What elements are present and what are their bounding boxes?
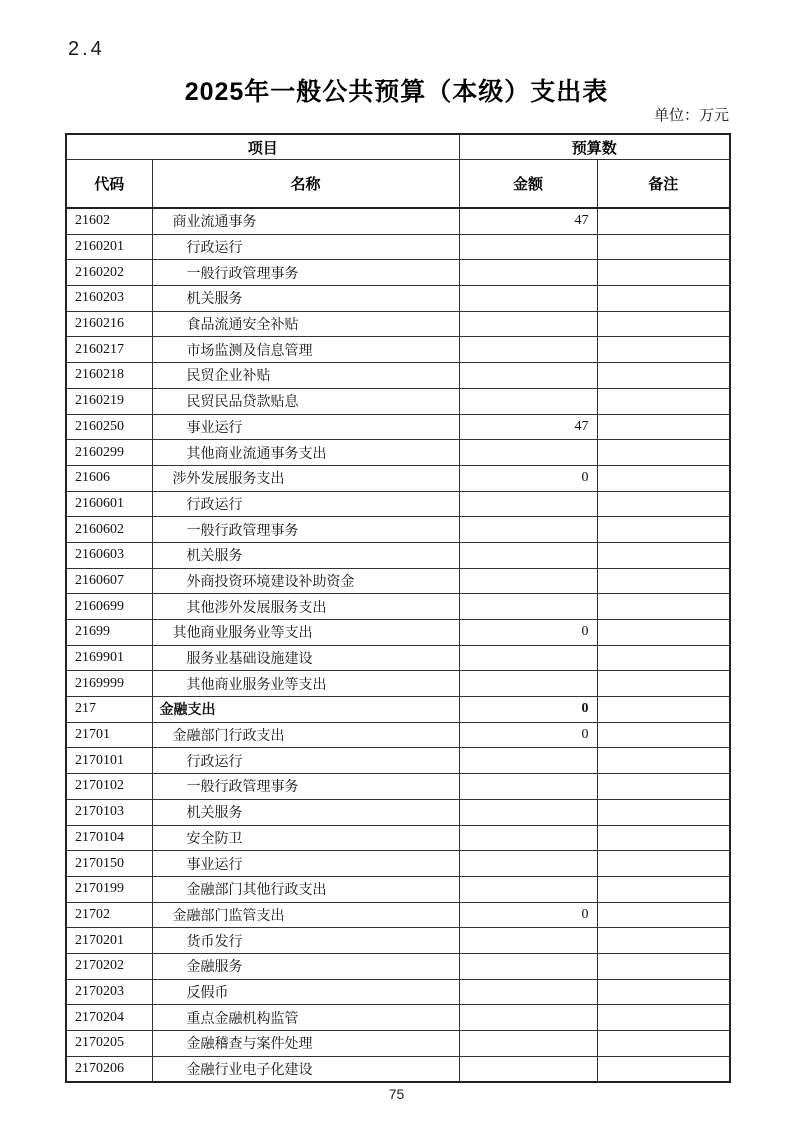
cell-amount (459, 234, 597, 260)
cell-code: 2170199 (66, 876, 152, 902)
cell-remark (597, 234, 730, 260)
cell-code: 2170203 (66, 979, 152, 1005)
table-row: 2170204重点金融机构监管 (66, 1005, 730, 1031)
cell-amount (459, 440, 597, 466)
cell-name: 外商投资环境建设补助资金 (152, 568, 459, 594)
cell-amount (459, 594, 597, 620)
cell-name: 行政运行 (152, 748, 459, 774)
cell-name: 其他商业服务业等支出 (152, 620, 459, 646)
table-row: 2170205金融稽查与案件处理 (66, 1031, 730, 1057)
cell-code: 2160602 (66, 517, 152, 543)
table-row: 21702金融部门监管支出0 (66, 902, 730, 928)
cell-name: 金融服务 (152, 953, 459, 979)
cell-remark (597, 1056, 730, 1082)
cell-remark (597, 979, 730, 1005)
section-label: 2.4 (68, 38, 105, 61)
cell-remark (597, 722, 730, 748)
cell-remark (597, 260, 730, 286)
table-row: 2170104安全防卫 (66, 825, 730, 851)
cell-name: 安全防卫 (152, 825, 459, 851)
cell-name: 一般行政管理事务 (152, 517, 459, 543)
header-group-row: 项目 预算数 (66, 134, 730, 160)
table-row: 2170102一般行政管理事务 (66, 774, 730, 800)
cell-amount (459, 568, 597, 594)
cell-code: 21701 (66, 722, 152, 748)
cell-amount: 0 (459, 697, 597, 723)
cell-name: 其他涉外发展服务支出 (152, 594, 459, 620)
page-number: 75 (0, 1086, 793, 1102)
cell-remark (597, 1031, 730, 1057)
table-row: 2160201行政运行 (66, 234, 730, 260)
table-row: 2160299其他商业流通事务支出 (66, 440, 730, 466)
unit-label: 单位：万元 (65, 104, 729, 125)
cell-remark (597, 208, 730, 234)
cell-amount (459, 260, 597, 286)
cell-code: 2160201 (66, 234, 152, 260)
header-code: 代码 (66, 160, 152, 209)
cell-code: 2169901 (66, 645, 152, 671)
cell-remark (597, 825, 730, 851)
cell-remark (597, 337, 730, 363)
document-page: { "page": { "section_label": "2.4", "tit… (0, 0, 793, 1122)
cell-name: 机关服务 (152, 542, 459, 568)
cell-code: 2170150 (66, 851, 152, 877)
cell-amount (459, 748, 597, 774)
header-remark: 备注 (597, 160, 730, 209)
cell-name: 货币发行 (152, 928, 459, 954)
cell-name: 食品流通安全补贴 (152, 311, 459, 337)
table-row: 2170206金融行业电子化建设 (66, 1056, 730, 1082)
cell-name: 反假币 (152, 979, 459, 1005)
cell-amount (459, 1005, 597, 1031)
cell-code: 2160219 (66, 388, 152, 414)
table-row: 2160250事业运行47 (66, 414, 730, 440)
cell-amount (459, 825, 597, 851)
cell-amount (459, 388, 597, 414)
table-row: 217金融支出0 (66, 697, 730, 723)
cell-code: 2160250 (66, 414, 152, 440)
table-row: 2170203反假币 (66, 979, 730, 1005)
cell-amount: 0 (459, 902, 597, 928)
table-row: 2169999其他商业服务业等支出 (66, 671, 730, 697)
cell-amount: 0 (459, 465, 597, 491)
cell-remark (597, 440, 730, 466)
cell-remark (597, 953, 730, 979)
cell-code: 2169999 (66, 671, 152, 697)
cell-amount (459, 774, 597, 800)
cell-remark (597, 876, 730, 902)
cell-amount (459, 928, 597, 954)
cell-remark (597, 491, 730, 517)
cell-name: 民贸民品贷款贴息 (152, 388, 459, 414)
cell-name: 民贸企业补贴 (152, 363, 459, 389)
table-row: 2170202金融服务 (66, 953, 730, 979)
cell-remark (597, 671, 730, 697)
table-row: 2160607外商投资环境建设补助资金 (66, 568, 730, 594)
cell-remark (597, 697, 730, 723)
cell-remark (597, 286, 730, 312)
header-name: 名称 (152, 160, 459, 209)
cell-code: 2160699 (66, 594, 152, 620)
table-row: 2170199金融部门其他行政支出 (66, 876, 730, 902)
cell-code: 2160202 (66, 260, 152, 286)
cell-amount (459, 517, 597, 543)
cell-code: 2160601 (66, 491, 152, 517)
cell-code: 21699 (66, 620, 152, 646)
cell-code: 2170103 (66, 799, 152, 825)
cell-amount: 47 (459, 208, 597, 234)
table-row: 2160601行政运行 (66, 491, 730, 517)
cell-remark (597, 620, 730, 646)
cell-name: 一般行政管理事务 (152, 260, 459, 286)
cell-name: 行政运行 (152, 491, 459, 517)
table-row: 21602商业流通事务47 (66, 208, 730, 234)
table-row: 2160603机关服务 (66, 542, 730, 568)
table-row: 2170201货币发行 (66, 928, 730, 954)
page-title: 2025年一般公共预算（本级）支出表 (0, 72, 793, 108)
cell-code: 2160607 (66, 568, 152, 594)
cell-amount (459, 979, 597, 1005)
cell-code: 2170101 (66, 748, 152, 774)
cell-remark (597, 748, 730, 774)
cell-amount: 0 (459, 620, 597, 646)
table-row: 2170101行政运行 (66, 748, 730, 774)
cell-amount (459, 799, 597, 825)
cell-name: 金融部门监管支出 (152, 902, 459, 928)
cell-name: 金融支出 (152, 697, 459, 723)
cell-name: 金融行业电子化建设 (152, 1056, 459, 1082)
cell-amount: 47 (459, 414, 597, 440)
cell-code: 2170104 (66, 825, 152, 851)
cell-name: 重点金融机构监管 (152, 1005, 459, 1031)
cell-code: 2160603 (66, 542, 152, 568)
cell-remark (597, 363, 730, 389)
cell-code: 21702 (66, 902, 152, 928)
cell-name: 涉外发展服务支出 (152, 465, 459, 491)
cell-amount (459, 311, 597, 337)
cell-amount (459, 542, 597, 568)
cell-remark (597, 1005, 730, 1031)
cell-amount (459, 286, 597, 312)
cell-amount (459, 671, 597, 697)
cell-remark (597, 414, 730, 440)
cell-code: 21602 (66, 208, 152, 234)
cell-name: 机关服务 (152, 286, 459, 312)
cell-name: 服务业基础设施建设 (152, 645, 459, 671)
cell-amount (459, 491, 597, 517)
cell-remark (597, 388, 730, 414)
cell-remark (597, 645, 730, 671)
table-row: 21606涉外发展服务支出0 (66, 465, 730, 491)
table-row: 2160218民贸企业补贴 (66, 363, 730, 389)
cell-remark (597, 517, 730, 543)
cell-name: 事业运行 (152, 851, 459, 877)
header-budget-group: 预算数 (459, 134, 730, 160)
cell-amount (459, 953, 597, 979)
cell-remark (597, 799, 730, 825)
cell-code: 217 (66, 697, 152, 723)
cell-code: 2170202 (66, 953, 152, 979)
cell-code: 2170204 (66, 1005, 152, 1031)
cell-remark (597, 594, 730, 620)
table-row: 2160203机关服务 (66, 286, 730, 312)
cell-name: 一般行政管理事务 (152, 774, 459, 800)
cell-name: 其他商业流通事务支出 (152, 440, 459, 466)
cell-amount: 0 (459, 722, 597, 748)
cell-remark (597, 465, 730, 491)
cell-code: 2170206 (66, 1056, 152, 1082)
cell-name: 其他商业服务业等支出 (152, 671, 459, 697)
table-row: 2160202一般行政管理事务 (66, 260, 730, 286)
header-amount: 金额 (459, 160, 597, 209)
cell-code: 2170102 (66, 774, 152, 800)
header-project-group: 项目 (66, 134, 459, 160)
cell-code: 2160216 (66, 311, 152, 337)
cell-remark (597, 928, 730, 954)
cell-remark (597, 568, 730, 594)
cell-code: 2160299 (66, 440, 152, 466)
table-header: 项目 预算数 代码 名称 金额 备注 (66, 134, 730, 208)
cell-amount (459, 337, 597, 363)
cell-remark (597, 542, 730, 568)
cell-remark (597, 774, 730, 800)
table-row: 2160219民贸民品贷款贴息 (66, 388, 730, 414)
cell-remark (597, 311, 730, 337)
cell-name: 机关服务 (152, 799, 459, 825)
cell-code: 2160217 (66, 337, 152, 363)
cell-amount (459, 1031, 597, 1057)
cell-amount (459, 876, 597, 902)
cell-amount (459, 851, 597, 877)
table-row: 2170150事业运行 (66, 851, 730, 877)
cell-code: 2170201 (66, 928, 152, 954)
cell-remark (597, 851, 730, 877)
cell-code: 2170205 (66, 1031, 152, 1057)
cell-remark (597, 902, 730, 928)
table-row: 2160216食品流通安全补贴 (66, 311, 730, 337)
cell-name: 事业运行 (152, 414, 459, 440)
table-row: 21699其他商业服务业等支出0 (66, 620, 730, 646)
header-cols-row: 代码 名称 金额 备注 (66, 160, 730, 209)
table-row: 2169901服务业基础设施建设 (66, 645, 730, 671)
table-body: 21602商业流通事务472160201行政运行2160202一般行政管理事务2… (66, 208, 730, 1082)
table-row: 2170103机关服务 (66, 799, 730, 825)
table-row: 2160217市场监测及信息管理 (66, 337, 730, 363)
cell-code: 2160203 (66, 286, 152, 312)
cell-name: 金融部门其他行政支出 (152, 876, 459, 902)
cell-name: 金融稽查与案件处理 (152, 1031, 459, 1057)
cell-amount (459, 1056, 597, 1082)
cell-amount (459, 363, 597, 389)
cell-name: 行政运行 (152, 234, 459, 260)
table-row: 21701金融部门行政支出0 (66, 722, 730, 748)
cell-name: 金融部门行政支出 (152, 722, 459, 748)
table-row: 2160602一般行政管理事务 (66, 517, 730, 543)
cell-name: 商业流通事务 (152, 208, 459, 234)
cell-amount (459, 645, 597, 671)
cell-name: 市场监测及信息管理 (152, 337, 459, 363)
cell-code: 2160218 (66, 363, 152, 389)
budget-table: 项目 预算数 代码 名称 金额 备注 21602商业流通事务472160201行… (65, 133, 731, 1083)
table-row: 2160699其他涉外发展服务支出 (66, 594, 730, 620)
cell-code: 21606 (66, 465, 152, 491)
